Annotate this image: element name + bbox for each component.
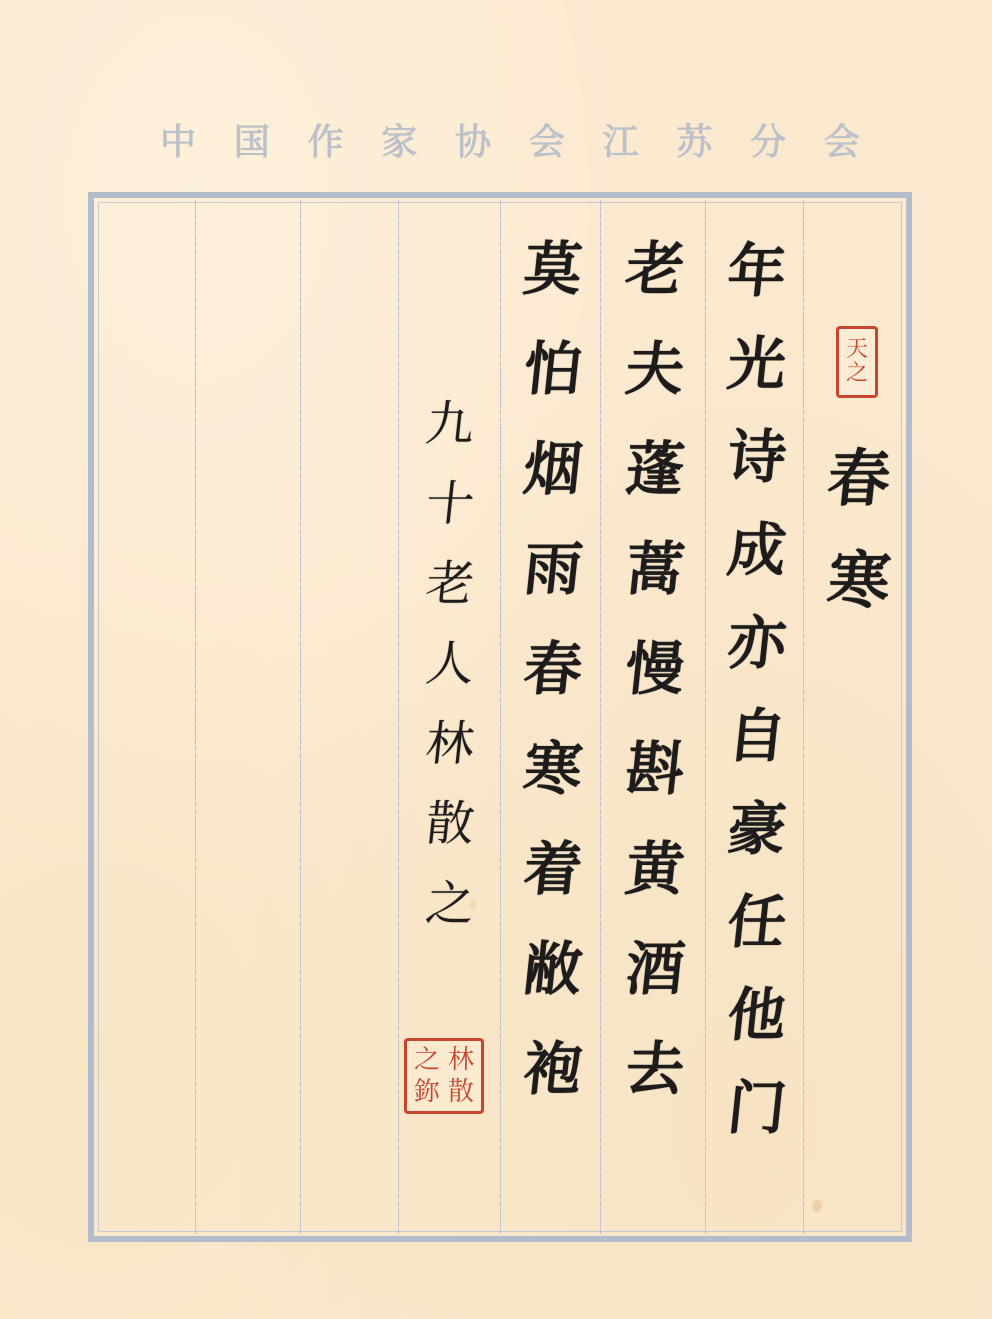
poem-char: 酒	[623, 940, 687, 998]
poem-line-3: 莫 怕 烟 雨 春 寒 着 敝 袍	[508, 240, 598, 1098]
signature-char: 人	[423, 640, 476, 688]
poem-char: 春	[521, 640, 585, 698]
poem-char: 任	[725, 893, 789, 951]
column-divider	[195, 200, 196, 1234]
signature-char: 散	[423, 800, 476, 848]
poem-char: 敝	[521, 940, 585, 998]
poem-char: 袍	[521, 1040, 585, 1098]
letterhead-char: 中	[160, 124, 196, 160]
letterhead-char: 协	[455, 124, 491, 160]
letterhead-char: 会	[824, 124, 860, 160]
column-divider	[705, 200, 706, 1234]
letterhead: 中 国 作 家 协 会 江 苏 分 会	[160, 112, 860, 172]
letterhead-char: 作	[308, 124, 344, 160]
poem-char: 莫	[521, 240, 585, 298]
poem-char: 蒿	[623, 540, 687, 598]
seal-char: 林	[444, 1047, 478, 1073]
seal-char: 天	[846, 338, 868, 362]
column-divider	[398, 200, 399, 1234]
title-char: 春	[825, 448, 894, 510]
signature-char: 十	[423, 480, 476, 528]
title-char: 寒	[825, 550, 894, 612]
poem-char: 成	[725, 521, 789, 579]
seal-char: 散	[444, 1079, 478, 1105]
signature-char: 老	[423, 560, 476, 608]
poem-char: 豪	[725, 800, 789, 858]
letterhead-char: 国	[234, 124, 270, 160]
signature-char: 九	[423, 400, 476, 448]
letterhead-char: 分	[750, 124, 786, 160]
poem-char: 诗	[725, 428, 789, 486]
poem-char: 年	[725, 242, 789, 300]
letterhead-char: 苏	[676, 124, 712, 160]
seal-char: 鉨	[410, 1079, 444, 1105]
poem-char: 夫	[623, 340, 687, 398]
signature-char: 之	[423, 880, 476, 928]
poem-line-1: 年 光 诗 成 亦 自 豪 任 他 门	[712, 242, 802, 1137]
poem-char: 烟	[521, 440, 585, 498]
poem-char: 门	[725, 1079, 789, 1137]
seal-char: 之	[846, 362, 868, 386]
poem-char: 着	[521, 840, 585, 898]
signature-column: 九 十 老 人 林 散 之	[408, 400, 492, 928]
letterhead-char: 江	[603, 124, 639, 160]
poem-line-2: 老 夫 蓬 蒿 慢 斟 黄 酒 去	[610, 240, 700, 1098]
poem-char: 老	[623, 240, 687, 298]
letterhead-char: 家	[381, 124, 417, 160]
column-divider	[803, 200, 804, 1234]
poem-char: 寒	[521, 740, 585, 798]
poem-char: 他	[725, 986, 789, 1044]
poem-char: 蓬	[623, 440, 687, 498]
column-divider	[600, 200, 601, 1234]
poem-char: 雨	[521, 540, 585, 598]
signature-char: 林	[423, 720, 476, 768]
poem-char: 黄	[623, 840, 687, 898]
poem-char: 自	[725, 707, 789, 765]
column-divider	[500, 200, 501, 1234]
poem-char: 亦	[725, 614, 789, 672]
name-seal: 林 散 之 鉨	[404, 1038, 484, 1114]
poem-char: 慢	[623, 640, 687, 698]
column-divider	[300, 200, 301, 1234]
title-column: 春 寒	[818, 448, 900, 612]
poem-char: 斟	[623, 740, 687, 798]
poem-char: 怕	[521, 340, 585, 398]
poem-char: 光	[725, 335, 789, 393]
poem-char: 去	[623, 1040, 687, 1098]
title-seal: 天 之	[836, 326, 878, 398]
seal-char: 之	[410, 1047, 444, 1073]
letterhead-char: 会	[529, 124, 565, 160]
